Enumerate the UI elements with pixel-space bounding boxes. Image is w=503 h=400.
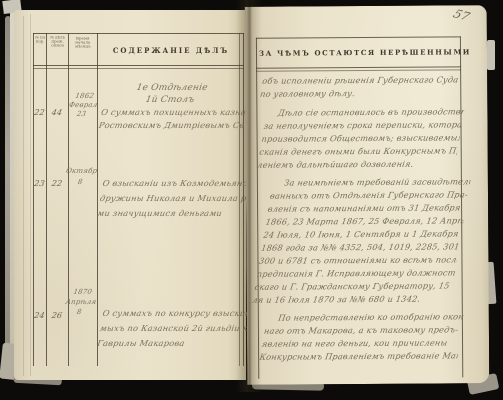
paper-edge-right-1 bbox=[487, 40, 495, 70]
handwritten-line: Конкурснымъ Правленіемъ требованіе Макар… bbox=[259, 349, 459, 363]
resolution-paragraph: объ исполненіи рѣшенія Губернскаго Судап… bbox=[259, 73, 461, 100]
handwritten-line: О суммахъ похищенныхъ казначеемъ bbox=[100, 106, 248, 119]
table-column-rule bbox=[97, 33, 98, 366]
scanned-register-photo: СОДЕРЖАНІЕ ДѢЛЪ № по пор. № дѣлъ преж. о… bbox=[0, 0, 503, 400]
folio-number: 57 bbox=[451, 7, 481, 26]
case-description: О взысканіи изъ Козмодемьянскойдружины Н… bbox=[96, 176, 254, 221]
row-date: 1870Апрѣля8 bbox=[62, 287, 99, 317]
handwritten-line: Ростовскимъ Дмитріевымъ Свѣчинымъ bbox=[98, 119, 246, 132]
handwritten-line: 1870 bbox=[66, 287, 100, 297]
handwritten-line: объ исполненіи рѣшенія Губернскаго Суда bbox=[261, 73, 461, 87]
handwritten-line: Октября bbox=[65, 166, 99, 177]
row-previous-number: 44 bbox=[46, 108, 68, 117]
row-order-number: 23 bbox=[32, 179, 47, 188]
resolution-paragraph: По непредставленію ко отобранію окончате… bbox=[259, 310, 466, 363]
handwritten-line: 1е Отдѣленіе bbox=[98, 82, 246, 94]
resolution-paragraph: За неимѣніемъ требованій засвидѣтельство… bbox=[251, 175, 471, 307]
table-header-rule bbox=[256, 66, 461, 68]
table-border-top bbox=[256, 36, 461, 38]
left-page: СОДЕРЖАНІЕ ДѢЛЪ № по пор. № дѣлъ преж. о… bbox=[14, 10, 246, 380]
table-header-rule bbox=[33, 65, 244, 66]
handwritten-line: 1й Столъ bbox=[96, 94, 244, 106]
table-border-top bbox=[33, 33, 244, 34]
handwritten-line: 1862 bbox=[70, 92, 100, 101]
handwritten-line: Апрѣля bbox=[64, 297, 98, 307]
handwritten-line: скаго и Г. Гражданскому Губернатору, 15 … bbox=[254, 279, 454, 293]
handwritten-line: сканія денегъ оными были Конкурснымъ Пра… bbox=[258, 144, 458, 158]
handwritten-line: Февраля bbox=[68, 101, 98, 110]
table-header-rule-double bbox=[33, 68, 244, 69]
row-date: Октября8 bbox=[63, 166, 99, 188]
row-date: 1862Февраля23 bbox=[67, 92, 100, 119]
handwritten-line: ля и 16 Іюля 1870 за №№ 680 и 1342. bbox=[251, 292, 451, 306]
column-header-order-no: № по пор. bbox=[35, 36, 45, 58]
handwritten-line: 8 bbox=[63, 177, 97, 188]
handwritten-line: по уголовному дѣлу. bbox=[259, 86, 459, 100]
page-crease bbox=[23, 16, 24, 376]
page-crease bbox=[30, 14, 31, 376]
case-description: О суммахъ по конкурсу взыскивае-мыхъ по … bbox=[96, 306, 256, 351]
case-description: О суммахъ похищенныхъ казначеемъРостовск… bbox=[98, 106, 249, 132]
handwritten-line: мыхъ по Казанской 2й гильдіи купца bbox=[99, 321, 254, 336]
right-page: ЗА ЧѢМЪ ОСТАЮТСЯ НЕРѢШЕННЫМИ 57 объ испо… bbox=[245, 5, 490, 385]
handwritten-line: 23 bbox=[67, 110, 97, 119]
column-header-date: Время начала мѣсяцъ bbox=[70, 37, 96, 58]
handwritten-line: дружины Николая и Михаила разны- bbox=[99, 191, 252, 206]
handwritten-line: леніемъ дальнѣйшаго дозволенія. bbox=[256, 157, 456, 171]
left-page-title: СОДЕРЖАНІЕ ДѢЛЪ bbox=[98, 46, 244, 55]
row-previous-number: 26 bbox=[46, 311, 68, 320]
handwritten-line: О взысканіи изъ Козмодемьянской bbox=[101, 176, 254, 191]
column-header-prev-no: № дѣлъ преж. описи bbox=[48, 36, 67, 60]
table-header-rule-double bbox=[256, 69, 461, 71]
resolution-paragraph: Дѣло сіе остановилось въ производствѣза … bbox=[256, 105, 465, 171]
table-border-left bbox=[256, 38, 259, 379]
row-order-number: 24 bbox=[32, 311, 47, 320]
right-page-title: ЗА ЧѢМЪ ОСТАЮТСЯ НЕРѢШЕННЫМИ bbox=[259, 47, 459, 57]
row-order-number: 22 bbox=[32, 108, 47, 117]
section-heading: 1е Отдѣленіе1й Столъ bbox=[96, 82, 246, 106]
row-previous-number: 22 bbox=[46, 179, 68, 188]
handwritten-line: Гаврилы Макарова bbox=[96, 336, 251, 351]
handwritten-line: О суммахъ по конкурсу взыскивае- bbox=[101, 306, 256, 321]
handwritten-line: ми значущимися деньгами bbox=[96, 206, 249, 221]
